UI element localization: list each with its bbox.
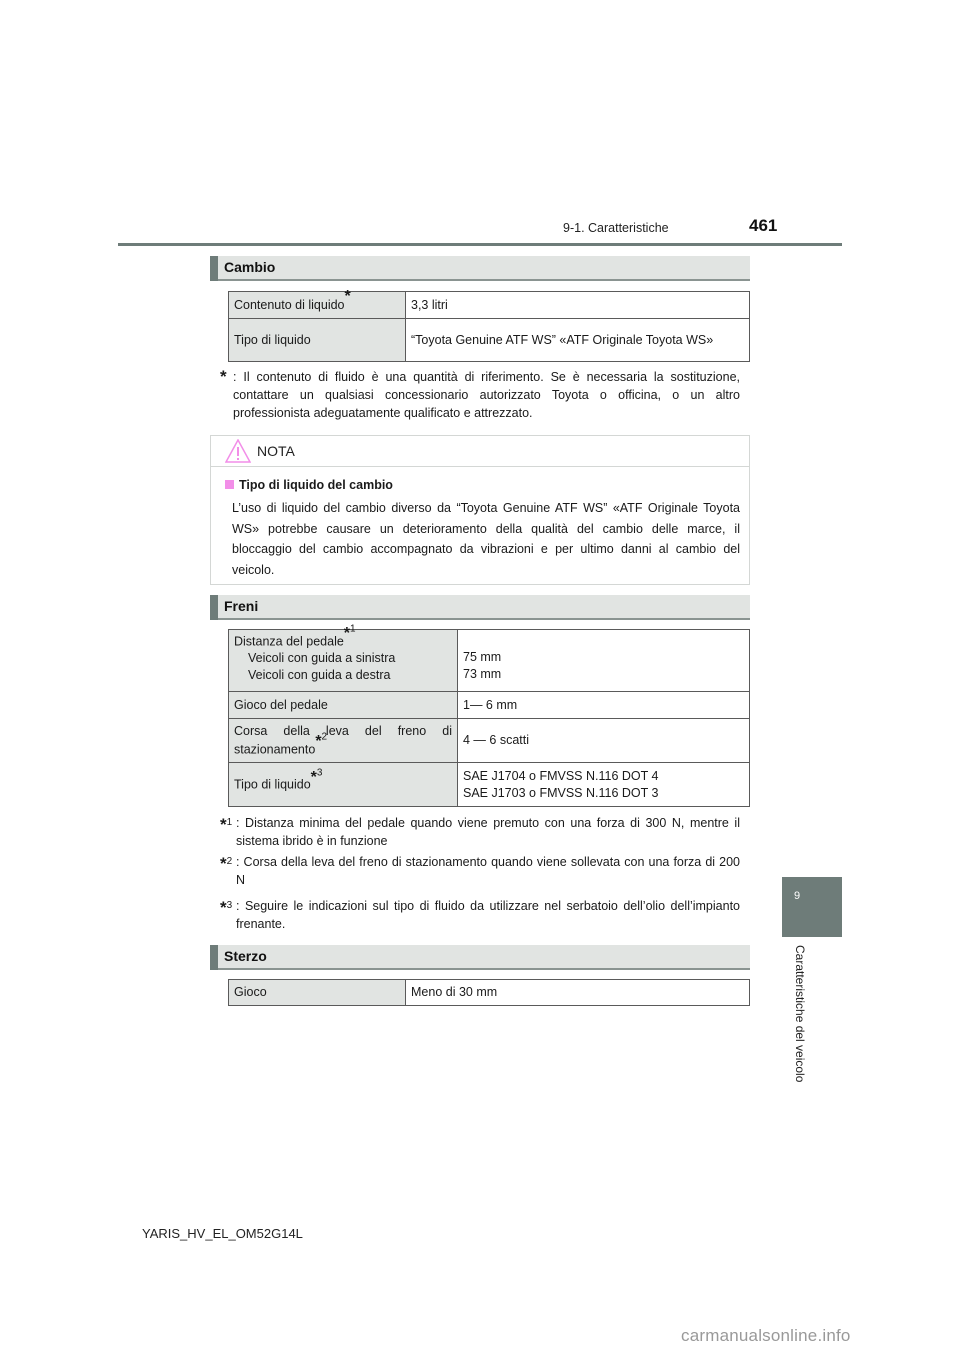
chapter-tab[interactable]: 9: [782, 877, 842, 937]
section-title: Cambio: [224, 259, 275, 275]
footnote-marker: *3: [311, 769, 323, 786]
footnote-marker: *2: [220, 853, 232, 874]
sub-label: Veicoli con guida a destra: [234, 667, 452, 684]
cambio-spec-table: Contenuto di liquido* 3,3 litri Tipo di …: [228, 291, 750, 362]
table-row: Gioco Meno di 30 mm: [229, 980, 750, 1006]
footnote-text: : Corsa della leva del freno di staziona…: [236, 853, 740, 889]
pink-square-bullet-icon: [225, 480, 234, 489]
warning-triangle-icon: [225, 439, 251, 463]
footnote-text: : Distanza minima del pedale quando vien…: [236, 814, 740, 850]
row-value: 75 mm 73 mm: [458, 630, 750, 692]
sub-label: Veicoli con guida a sinistra: [234, 650, 452, 667]
row-label: Distanza del pedale*1 Veicoli con guida …: [229, 630, 458, 692]
section-header-freni: Freni: [210, 595, 750, 620]
table-row: Gioco del pedale 1— 6 mm: [229, 692, 750, 719]
row-label: Gioco: [229, 980, 406, 1006]
page-number: 461: [749, 216, 777, 236]
nota-header: NOTA: [211, 436, 749, 467]
chapter-number: 9: [794, 890, 800, 902]
row-label: Tipo di liquido*3: [229, 763, 458, 807]
nota-subtitle: Tipo di liquido del cambio: [225, 478, 393, 492]
row-label: Tipo di liquido: [229, 319, 406, 362]
row-label: Contenuto di liquido*: [229, 292, 406, 319]
watermark: carmanualsonline.info: [681, 1326, 851, 1346]
freni-spec-table: Distanza del pedale*1 Veicoli con guida …: [228, 629, 750, 807]
row-value: 3,3 litri: [406, 292, 750, 319]
footnote-cambio: * : Il contenuto di fluido è una quantit…: [220, 368, 740, 422]
footnote-freni-3: *3 : Seguire le indicazioni sul tipo di …: [220, 897, 740, 933]
section-title: Freni: [224, 598, 258, 614]
nota-title: NOTA: [257, 443, 295, 459]
row-value: Meno di 30 mm: [406, 980, 750, 1006]
footnote-marker: *1: [220, 814, 232, 835]
footnote-text: : Seguire le indicazioni sul tipo di flu…: [236, 897, 740, 933]
footnote-text: : Il contenuto di fluido è una quantità …: [233, 368, 740, 422]
row-label: Gioco del pedale: [229, 692, 458, 719]
section-title: Sterzo: [224, 948, 267, 964]
footnote-marker: *3: [220, 897, 232, 918]
row-label: Corsa della leva del freno di stazioname…: [229, 719, 458, 763]
table-row: Distanza del pedale*1 Veicoli con guida …: [229, 630, 750, 692]
footnote-marker: *: [345, 288, 351, 305]
table-row: Corsa della leva del freno di stazioname…: [229, 719, 750, 763]
row-value: SAE J1704 o FMVSS N.116 DOT 4 SAE J1703 …: [458, 763, 750, 807]
sterzo-spec-table: Gioco Meno di 30 mm: [228, 979, 750, 1006]
document-id: YARIS_HV_EL_OM52G14L: [142, 1226, 303, 1241]
table-row: Tipo di liquido “Toyota Genuine ATF WS” …: [229, 319, 750, 362]
nota-body: L’uso di liquido del cambio diverso da “…: [232, 498, 740, 580]
section-header-sterzo: Sterzo: [210, 945, 750, 970]
chapter-side-label: Caratteristiche del veicolo: [792, 945, 808, 1095]
row-value: 4 — 6 scatti: [458, 719, 750, 763]
running-header-section: 9-1. Caratteristiche: [563, 221, 669, 235]
header-rule: [118, 243, 842, 246]
footnote-marker: *1: [344, 625, 356, 642]
row-value: 1— 6 mm: [458, 692, 750, 719]
table-row: Contenuto di liquido* 3,3 litri: [229, 292, 750, 319]
footnote-freni-1: *1 : Distanza minima del pedale quando v…: [220, 814, 740, 850]
footnote-freni-2: *2 : Corsa della leva del freno di stazi…: [220, 853, 740, 889]
row-value: “Toyota Genuine ATF WS” «ATF Originale T…: [406, 319, 750, 362]
footnote-marker: *: [220, 368, 227, 387]
footnote-marker: *2: [315, 733, 327, 750]
table-row: Tipo di liquido*3 SAE J1704 o FMVSS N.11…: [229, 763, 750, 807]
section-header-cambio: Cambio: [210, 256, 750, 281]
nota-box: NOTA Tipo di liquido del cambio L’uso di…: [210, 435, 750, 585]
